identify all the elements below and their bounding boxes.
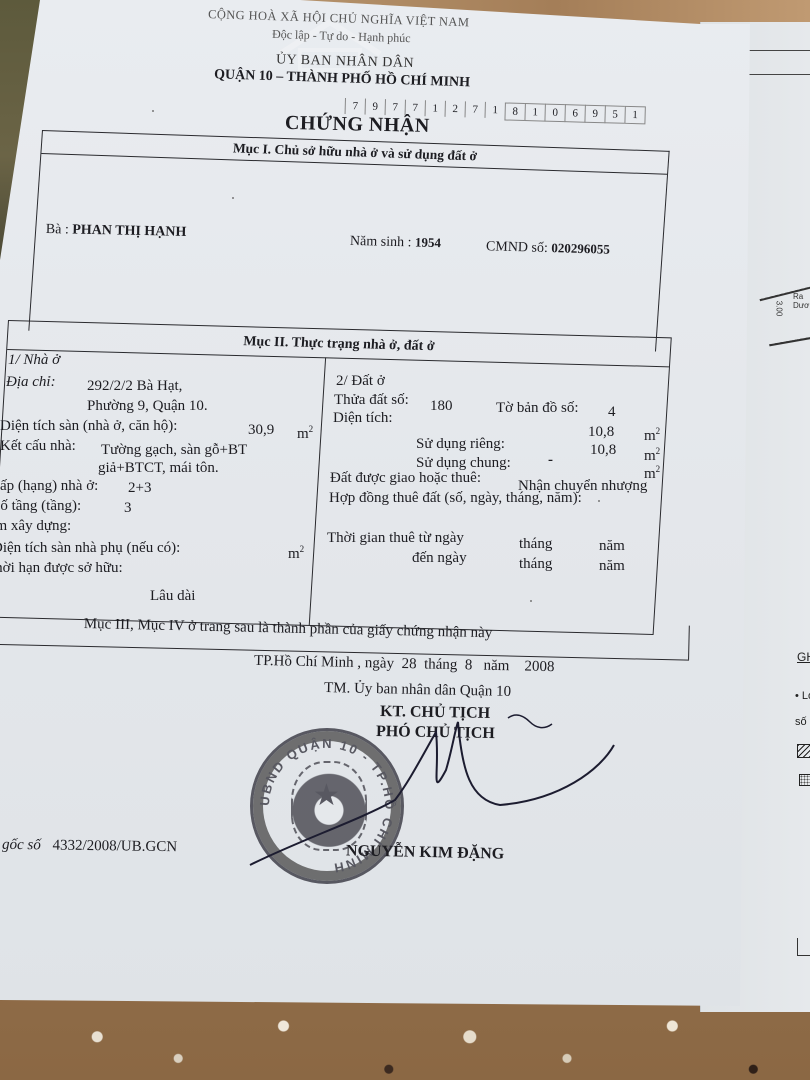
- lease-to-year-label: năm: [599, 558, 625, 575]
- ownership-term-value: Lâu dài: [150, 588, 195, 605]
- serial-digit: 5: [604, 105, 624, 124]
- birth-year-label: Năm sinh :: [350, 234, 412, 250]
- lease-from-year-label: năm: [599, 538, 625, 555]
- paper-speck: [232, 197, 234, 199]
- certificate-document: CỘNG HOÀ XÃ HỘI CHỦ NGHĨA VIỆT NAM Độc l…: [0, 0, 810, 1080]
- land-heading: 2/ Đất ở: [336, 373, 385, 390]
- origin-label: gốc số: [2, 837, 41, 854]
- address-line-1: 292/2/2 Bà Hạt,: [87, 378, 182, 395]
- parcel-value: 180: [430, 398, 453, 415]
- shared-use-value: -: [548, 452, 553, 469]
- allocation-label: Đất được giao hoặc thuê:: [330, 470, 481, 487]
- build-year-label: Năm xây dựng:: [0, 518, 71, 535]
- ownership-term-label: Thời hạn được sở hữu:: [0, 560, 123, 577]
- issue-place: TP.Hồ Chí Minh: [254, 653, 354, 671]
- floor-area-unit: m2: [297, 424, 313, 443]
- issue-day: 28: [401, 656, 416, 672]
- map-sheet-label: Tờ bản đồ số:: [496, 400, 579, 417]
- lease-from-month-label: tháng: [519, 536, 552, 553]
- id-number-value: 020296055: [551, 240, 610, 257]
- grade-label: Cấp (hạng) nhà ở:: [0, 478, 98, 495]
- floors-value: 3: [124, 500, 132, 517]
- star-icon: ★: [313, 781, 340, 811]
- private-use-value: 10,8: [590, 442, 616, 459]
- house-heading: 1/ Nhà ở: [8, 352, 60, 369]
- floor-area-label: Diện tích sàn (nhà ở, căn hộ):: [0, 418, 177, 435]
- certificate-title: CHỨNG NHẬN: [285, 112, 485, 139]
- serial-digit: 9: [584, 105, 604, 124]
- paper-speck: [598, 500, 600, 502]
- paper-speck: [530, 600, 532, 602]
- acting-title: KT. CHỦ TỊCH: [380, 703, 490, 723]
- land-area-unit: m2: [644, 426, 660, 445]
- parcel-label: Thửa đất số:: [334, 392, 409, 409]
- aux-area-unit: m2: [288, 544, 304, 563]
- issue-month: 8: [465, 657, 473, 673]
- structure-line-1: Tường gạch, sàn gỗ+BT: [101, 442, 247, 459]
- id-number-label: CMND số:: [486, 239, 548, 256]
- land-area-value: 10,8: [588, 424, 614, 441]
- origin-number: 4332/2008/UB.GCN: [52, 837, 177, 855]
- owner-name: PHAN THỊ HẠNH: [72, 223, 186, 240]
- aux-area-label: Diện tích sàn nhà phụ (nếu có):: [0, 540, 180, 557]
- lease-contract-label: Hợp đồng thuê đất (số, ngày, tháng, năm)…: [329, 490, 582, 507]
- serial-digit: 8: [504, 102, 524, 121]
- land-area-label: Diện tích:: [333, 410, 393, 427]
- address-label: Địa chỉ:: [6, 374, 56, 391]
- birth-year-line: Năm sinh : 1954: [350, 233, 441, 252]
- issue-year: 2008: [524, 659, 554, 676]
- section-1-title: Mục I. Chủ sở hữu nhà ở và sử dụng đất ở: [41, 131, 668, 175]
- structure-label: Kết cấu nhà:: [0, 438, 76, 455]
- id-number-line: CMND số: 020296055: [486, 238, 610, 258]
- serial-digit: 1: [624, 106, 645, 125]
- serial-digit: 7: [345, 98, 365, 115]
- paper-speck: [152, 110, 154, 112]
- lease-to-month-label: tháng: [519, 556, 552, 573]
- origin-number-line: gốc số 4332/2008/UB.GCN: [2, 837, 177, 856]
- lease-to-label: đến ngày: [412, 550, 467, 567]
- lease-from-label: Thời gian thuê từ ngày: [327, 530, 464, 547]
- structure-line-2: giả+BTCT, mái tôn.: [98, 460, 219, 477]
- address-line-2: Phường 9, Quận 10.: [87, 398, 208, 415]
- serial-digit: 1: [484, 102, 504, 119]
- serial-digit: 1: [524, 103, 544, 122]
- owner-line: Bà : PHAN THỊ HẠNH: [46, 222, 187, 241]
- serial-digit: 9: [365, 99, 385, 116]
- grade-value: 2+3: [128, 480, 151, 497]
- serial-digit: 6: [564, 104, 584, 123]
- birth-year-value: 1954: [415, 234, 441, 250]
- column-divider: [309, 357, 327, 625]
- signer-name: NGUYỄN KIM ĐẶNG: [346, 842, 505, 863]
- on-behalf-line: TM. Ủy ban nhân dân Quận 10: [324, 680, 511, 701]
- floors-label: Số tầng (tầng):: [0, 498, 81, 515]
- private-use-unit: m2: [644, 446, 660, 465]
- private-use-label: Sử dụng riêng:: [416, 436, 505, 453]
- map-sheet-value: 4: [608, 404, 616, 421]
- owner-prefix: Bà :: [46, 222, 69, 237]
- floor-area-value: 30,9: [248, 422, 274, 439]
- serial-digit: 0: [544, 104, 564, 123]
